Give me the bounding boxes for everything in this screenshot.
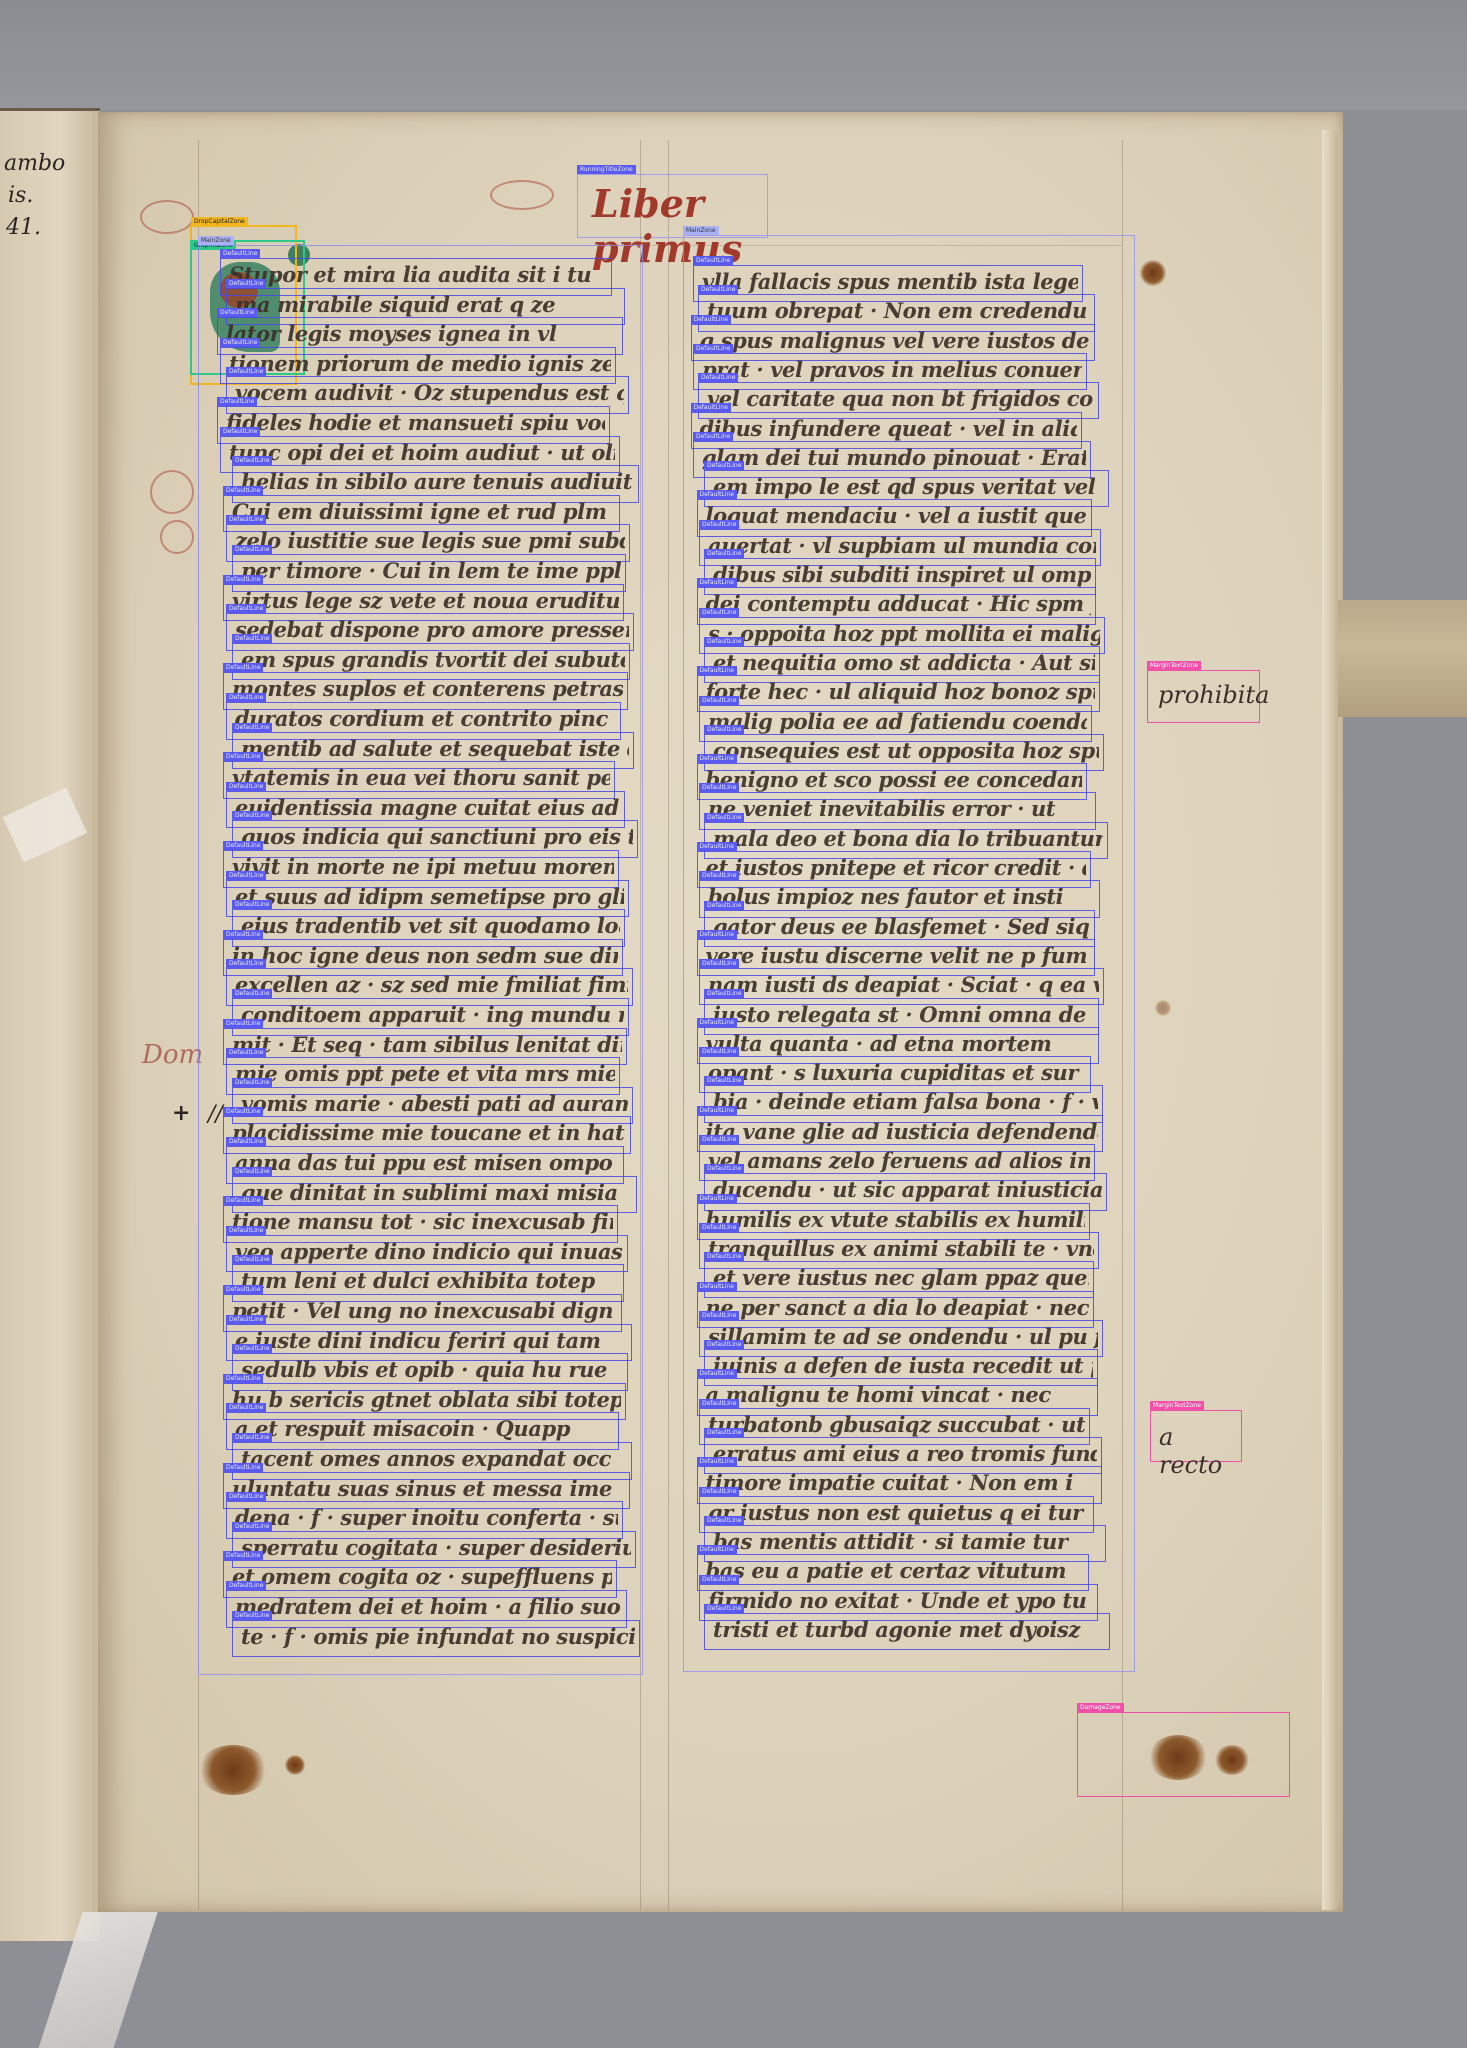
- line-text: placidissime mie toucane et in hat: [232, 1120, 626, 1145]
- line-text: ita vane glie ad iusticia defendenda: [706, 1119, 1098, 1144]
- margin-note-red: Dom: [142, 1040, 203, 1070]
- line-label: DefaultLine: [223, 1107, 263, 1116]
- line-label: DefaultLine: [232, 1522, 272, 1531]
- line-label: DefaultLine: [697, 1369, 737, 1378]
- flourish-ornament: [160, 520, 194, 554]
- margin-text-zone[interactable]: MarginTextZone a recto: [1150, 1410, 1242, 1462]
- line-label: DefaultLine: [226, 279, 266, 288]
- line-text: mie omis ppt pete et vita mrs mie: [235, 1061, 615, 1086]
- line-label: DefaultLine: [698, 285, 738, 294]
- line-text: nam iusti ds deapiat · Sciat · q ea ve: [708, 972, 1099, 997]
- line-label: DefaultLine: [223, 1196, 263, 1205]
- line-label: DefaultLine: [704, 1428, 744, 1437]
- line-label: DefaultLine: [226, 693, 266, 702]
- line-text: ducendu · ut sic apparat iniusticia: [713, 1177, 1102, 1202]
- line-text: bia · deinde etiam falsa bona · f · vn: [713, 1089, 1098, 1114]
- line-label: DefaultLine: [226, 1048, 266, 1057]
- line-label: DefaultLine: [698, 373, 738, 382]
- line-text: bas eu a patie et certaz vitutum: [706, 1558, 1084, 1583]
- zone-label: MainZone: [683, 226, 719, 235]
- damage-zone[interactable]: DamageZone: [1077, 1712, 1290, 1797]
- margin-note-text: a recto: [1159, 1423, 1241, 1479]
- line-label: DefaultLine: [223, 663, 263, 672]
- zone-label: DropCapitalZone: [191, 217, 248, 226]
- line-label: DefaultLine: [232, 1167, 272, 1176]
- line-text: dibus sibi subditi inspiret ul ompo t: [713, 562, 1091, 587]
- ink-stain: [1140, 260, 1166, 286]
- line-text: iusto relegata st · Omni omna de: [713, 1002, 1094, 1027]
- line-text: malig polia ee ad fatiendu coendat: [708, 709, 1087, 734]
- line-text: vel amans zelo feruens ad alios in: [708, 1148, 1090, 1173]
- line-label: DefaultLine: [226, 515, 266, 524]
- running-title-zone[interactable]: RunningTitleZone Liber primus: [577, 174, 768, 238]
- line-text: tacent omes annos expandat occ: [241, 1446, 627, 1471]
- line-text: veo apperte dino indicio qui inuas: [235, 1239, 623, 1264]
- line-text: consequies est ut opposita hoz spui: [713, 738, 1099, 763]
- line-text: loquat mendaciu · vel a iustit quego: [706, 503, 1087, 528]
- margin-note-text: prohibita: [1158, 681, 1269, 709]
- line-text: ne per sanct a dia lo deapiat · nec pu: [706, 1295, 1089, 1320]
- line-text: ma mirabile siquid erat q ze: [235, 292, 620, 317]
- line-label: DefaultLine: [232, 456, 272, 465]
- line-label: DefaultLine: [697, 1106, 737, 1115]
- line-label: DefaultLine: [232, 634, 272, 643]
- line-label: DefaultLine: [697, 1282, 737, 1291]
- line-text: sperratu cogitata · super desideriu: [241, 1535, 631, 1560]
- line-label: DefaultLine: [697, 842, 737, 851]
- zone-label: MainZone: [198, 236, 234, 245]
- line-text: lator legis moyses ignea in vl: [226, 321, 618, 346]
- line-text: et suus ad idipm semetipse pro glia: [235, 884, 624, 909]
- line-label: DefaultLine: [226, 1137, 266, 1146]
- line-label: DefaultLine: [697, 1545, 737, 1554]
- line-label: DefaultLine: [223, 930, 263, 939]
- ink-stain: [285, 1755, 305, 1775]
- line-text: tione mansu tot · sic inexcusab fint: [232, 1209, 613, 1234]
- line-label: DefaultLine: [704, 725, 744, 734]
- line-label: DefaultLine: [697, 1457, 737, 1466]
- line-text: tranquillus ex animi stabili te · vnde: [708, 1236, 1094, 1261]
- bookmark-strip: [1338, 600, 1467, 717]
- line-text: a malignu te homi vincat · nec: [706, 1382, 1093, 1407]
- line-label: DefaultLine: [704, 1164, 744, 1173]
- line-label: DefaultLine: [704, 901, 744, 910]
- line-text: q spus malignus vel vere iustos deu: [700, 328, 1090, 353]
- scan-background-top: [0, 0, 1467, 110]
- line-text: conditoem apparuit · ing mundu rede: [241, 1002, 624, 1027]
- line-text: vel caritate qua non bt frigidos cor: [707, 386, 1094, 411]
- line-text: et vere iustus nec glam ppaz querit: [713, 1265, 1089, 1290]
- line-label: DefaultLine: [704, 1340, 744, 1349]
- line-text: turbatonb gbusaiqz succubat · ut: [708, 1412, 1085, 1437]
- line-label: DefaultLine: [226, 871, 266, 880]
- line-label: DefaultLine: [691, 315, 731, 324]
- line-label: DefaultLine: [699, 783, 739, 792]
- ink-stain: [1155, 1000, 1171, 1016]
- line-label: DefaultLine: [220, 427, 260, 436]
- line-text: bolus impioz nes fautor et insti: [708, 884, 1095, 909]
- line-label: DefaultLine: [704, 989, 744, 998]
- margin-text-zone[interactable]: MarginTextZone prohibita: [1147, 670, 1260, 723]
- line-label: DefaultLine: [704, 1516, 744, 1525]
- line-label: DefaultLine: [232, 811, 272, 820]
- flourish-ornament: [140, 200, 194, 234]
- line-text: tuum obrepat · Non em credendu est: [707, 298, 1090, 323]
- line-label: DefaultLine: [693, 256, 733, 265]
- line-text: sillamim te ad se ondendu · ul pu fil: [708, 1324, 1098, 1349]
- previous-leaf-note-3: 41.: [6, 213, 41, 243]
- line-text: uluntatu suas sinus et messa ime: [232, 1476, 625, 1501]
- line-text: Cui em diuissimi igne et rud plm: [232, 499, 615, 524]
- line-text: mentib ad salute et sequebat iste dine: [241, 736, 629, 761]
- line-label: DefaultLine: [232, 900, 272, 909]
- line-text: quos indicia qui sanctiuni pro eis tu: [241, 824, 633, 849]
- line-text: hu b sericis gtnet oblata sibi totep: [232, 1387, 621, 1412]
- line-text: eius tradentib vet sit quodamo loqr: [241, 913, 620, 938]
- line-label: DefaultLine: [699, 959, 739, 968]
- line-text: anna das tui ppu est misen ompo: [235, 1150, 619, 1175]
- line-label: DefaultLine: [693, 432, 733, 441]
- line-label: DefaultLine: [232, 1611, 272, 1620]
- zone-label: MarginTextZone: [1147, 661, 1201, 670]
- line-text: ne veniet inevitabilis error · ut: [708, 796, 1091, 821]
- line-label: DefaultLine: [223, 752, 263, 761]
- line-label: DefaultLine: [699, 1047, 739, 1056]
- line-text: in hoc igne deus non sedm sue dinitat: [232, 943, 618, 968]
- line-label: DefaultLine: [223, 575, 263, 584]
- line-text: zelo iustitie sue legis sue pmi subdid: [235, 528, 625, 553]
- line-text: erratus ami eius a reo tromis fundet: [713, 1441, 1097, 1466]
- zone-label: DamageZone: [1077, 1703, 1124, 1712]
- flourish-ornament: [150, 470, 194, 514]
- line-text: vocem audivit · Oz stupendus est qd: [235, 380, 624, 405]
- line-label: DefaultLine: [699, 1487, 739, 1496]
- line-text: euidentissia magne cuitat eius ad: [235, 795, 620, 820]
- line-text: excellen az · sz sed mie fmiliat fimile: [235, 972, 628, 997]
- line-label: DefaultLine: [226, 959, 266, 968]
- line-text: tristi et turbd agonie met dyoisz: [713, 1617, 1105, 1642]
- line-label: DefaultLine: [223, 1463, 263, 1472]
- line-label: DefaultLine: [217, 308, 257, 317]
- line-text: montes suplos et conterens petras in: [232, 676, 623, 701]
- line-text: helias in sibilo aure tenuis audiuit: [241, 469, 634, 494]
- line-label: DefaultLine: [220, 249, 260, 258]
- line-label: DefaultLine: [232, 1078, 272, 1087]
- line-label: DefaultLine: [226, 1581, 266, 1590]
- line-label: DefaultLine: [704, 637, 744, 646]
- line-label: DefaultLine: [226, 782, 266, 791]
- line-label: DefaultLine: [226, 1403, 266, 1412]
- line-label: DefaultLine: [226, 1315, 266, 1324]
- line-label: DefaultLine: [699, 1399, 739, 1408]
- line-text: auertat · vl supbiam ul mundia cor: [708, 533, 1096, 558]
- line-label: DefaultLine: [232, 989, 272, 998]
- line-label: DefaultLine: [699, 520, 739, 529]
- line-label: DefaultLine: [232, 1433, 272, 1442]
- line-text: dena · f · super inoitu conferta · sup: [235, 1505, 618, 1530]
- line-text: benigno et sco possi ee concedant: [706, 767, 1082, 792]
- line-label: DefaultLine: [223, 486, 263, 495]
- cross-mark: +: [172, 1098, 190, 1128]
- line-label: DefaultLine: [697, 666, 737, 675]
- line-label: DefaultLine: [223, 841, 263, 850]
- line-text: tunc opi dei et hoim audiut · ut olim: [229, 440, 615, 465]
- line-text: te · f · omis pie infundat no suspicio: [241, 1624, 635, 1649]
- line-text: que dinitat in sublimi maxi misia: [241, 1180, 632, 1205]
- line-label: DefaultLine: [699, 608, 739, 617]
- line-label: DefaultLine: [697, 490, 737, 499]
- line-text: humilis ex vtute stabilis ex humilite: [706, 1207, 1085, 1232]
- page-fore-edge: [1322, 130, 1338, 1910]
- line-label: DefaultLine: [223, 1019, 263, 1028]
- line-text: em spus grandis tvortit dei subutens: [241, 647, 625, 672]
- line-text: et iustos pnitepe et ricor credit · dia: [706, 855, 1086, 880]
- line-text: fideles hodie et mansueti spiu vocem: [226, 410, 605, 435]
- line-label: DefaultLine: [226, 367, 266, 376]
- line-text: vivit in morte ne ipi metuu morent: [232, 854, 614, 879]
- line-text: s · oppoita hoz ppt mollita ei malig: [708, 621, 1100, 646]
- flourish-ornament: [490, 180, 554, 210]
- line-text: glam dei tui mundo pinouat · Erat: [702, 445, 1086, 470]
- text-line[interactable]: DefaultLinete · f · omis pie infundat no…: [232, 1620, 640, 1658]
- line-label: DefaultLine: [704, 813, 744, 822]
- line-text: e iuste dini indicu feriri qui tam: [235, 1328, 627, 1353]
- line-label: DefaultLine: [697, 754, 737, 763]
- line-text: vere iustu discerne velit ne p fum: [706, 943, 1090, 968]
- line-text: em impo le est qd spus veritat vel: [713, 474, 1104, 499]
- line-text: medratem dei et hoim · a filio suo fo: [235, 1594, 622, 1619]
- line-label: DefaultLine: [226, 1226, 266, 1235]
- zone-label: MarginTextZone: [1150, 1401, 1204, 1410]
- line-label: DefaultLine: [217, 397, 257, 406]
- line-label: DefaultLine: [704, 1604, 744, 1613]
- ink-stain: [198, 1745, 268, 1795]
- line-label: DefaultLine: [697, 1018, 737, 1027]
- line-label: DefaultLine: [699, 696, 739, 705]
- line-text: vlla fallacis spus mentib ista lege: [702, 269, 1078, 294]
- zone-label: RunningTitleZone: [577, 165, 636, 174]
- line-label: DefaultLine: [223, 1374, 263, 1383]
- previous-leaf-edge: ambo is. 41.: [0, 108, 100, 1941]
- line-text: virtus lege sz vete et noua erudituum: [232, 588, 619, 613]
- line-text: et nequitia omo st addicta · Aut sigs: [713, 650, 1095, 675]
- line-label: DefaultLine: [704, 1252, 744, 1261]
- line-label: DefaultLine: [704, 549, 744, 558]
- line-text: per timore · Cui in lem te ime pplm: [241, 558, 621, 583]
- line-text: mala deo et bona dia lo tribuantur: [713, 826, 1103, 851]
- line-text: tum leni et dulci exhibita totep: [241, 1268, 619, 1293]
- line-text: dei contemptu adducat · Hic spm fal te: [706, 591, 1091, 616]
- line-label: DefaultLine: [704, 1076, 744, 1085]
- line-label: DefaultLine: [220, 338, 260, 347]
- text-line[interactable]: DefaultLinetristi et turbd agonie met dy…: [704, 1613, 1110, 1650]
- line-text: tionem priorum de medio ignis zeli dei: [229, 351, 611, 376]
- line-text: Stupor et mira lia audita sit i tu: [229, 262, 607, 287]
- line-label: DefaultLine: [697, 1194, 737, 1203]
- line-label: DefaultLine: [699, 1311, 739, 1320]
- line-text: vulta quanta · ad etna mortem: [706, 1031, 1094, 1056]
- previous-leaf-note-1: ambo: [4, 149, 65, 179]
- line-label: DefaultLine: [693, 344, 733, 353]
- line-label: DefaultLine: [697, 578, 737, 587]
- line-text: sedulb vbis et opib · quia hu rue: [241, 1357, 623, 1382]
- ruling-line: [668, 140, 669, 1910]
- line-label: DefaultLine: [704, 461, 744, 470]
- line-label: DefaultLine: [699, 1135, 739, 1144]
- line-text: gator deus ee blasfemet · Sed siquis: [713, 914, 1090, 939]
- line-label: DefaultLine: [699, 1575, 739, 1584]
- previous-leaf-note-2: is.: [8, 181, 33, 211]
- line-text: forte hec · ul aliquid hoz bonoz spui: [706, 679, 1095, 704]
- line-label: DefaultLine: [226, 604, 266, 613]
- line-text: mit · Et seq · tam sibilus lenitat dine: [232, 1032, 622, 1057]
- line-label: DefaultLine: [232, 1255, 272, 1264]
- line-label: DefaultLine: [223, 1551, 263, 1560]
- line-text: petit · Vel ung no inexcusabi dign: [232, 1298, 617, 1323]
- line-text: vomis marie · abesti pati ad auram: [241, 1091, 628, 1116]
- line-text: qr iustus non est quietus q ei tur: [708, 1500, 1089, 1525]
- line-text: sedebat dispone pro amore pressent: [235, 617, 629, 642]
- line-label: DefaultLine: [697, 930, 737, 939]
- line-label: DefaultLine: [226, 1492, 266, 1501]
- line-text: bas mentis attidit · si tamie tur: [713, 1529, 1101, 1554]
- line-text: iuinis a defen de iusta recedit ut p: [713, 1353, 1093, 1378]
- line-text: prat · vel pravos in melius conuertat: [702, 357, 1082, 382]
- line-text: a et respuit misacoin · Quapp: [235, 1416, 614, 1441]
- line-label: DefaultLine: [699, 871, 739, 880]
- line-text: opant · s luxuria cupiditas et sur: [708, 1060, 1086, 1085]
- line-text: duratos cordium et contrito pinc turbat: [235, 706, 616, 731]
- line-label: DefaultLine: [232, 545, 272, 554]
- line-label: DefaultLine: [232, 723, 272, 732]
- line-text: dibus infundere queat · vel in aliquo: [700, 416, 1077, 441]
- line-label: DefaultLine: [223, 1285, 263, 1294]
- line-text: timore impatie cuitat · Non em i: [706, 1470, 1097, 1495]
- line-label: DefaultLine: [232, 1344, 272, 1353]
- line-text: firmido no exitat · Unde et ypo tu ex: [708, 1588, 1093, 1613]
- line-label: DefaultLine: [691, 403, 731, 412]
- line-text: vtatemis in eua vei thoru sanit per: [232, 765, 610, 790]
- line-label: DefaultLine: [699, 1223, 739, 1232]
- line-text: et omem cogita oz · supeffluens per: [232, 1564, 612, 1589]
